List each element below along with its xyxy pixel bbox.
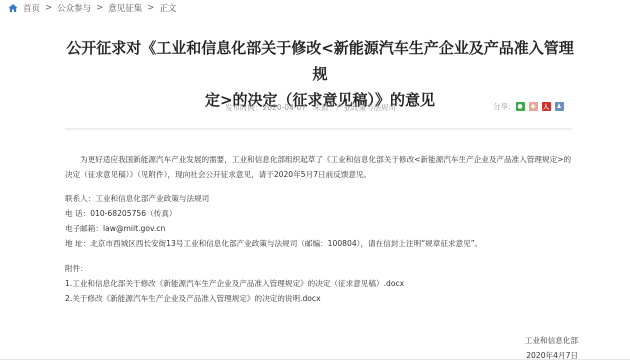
contact-address: 地 址：北京市西城区西长安街13号工业和信息化部产业政策与法规司（邮编：1008… — [65, 236, 575, 251]
qq-share-icon[interactable]: ♟ — [555, 102, 564, 111]
publish-date: 发布时间：2020-04-07 — [225, 103, 306, 112]
article-meta: 发布时间：2020-04-07 来源：产业政策与法规司 — [225, 102, 401, 113]
weibo-share-icon[interactable]: ◉ — [529, 102, 538, 111]
breadcrumb-public-participation[interactable]: 公众参与 — [57, 2, 91, 14]
breadcrumb-home[interactable]: 首页 — [23, 2, 40, 14]
contact-phone: 电 话：010-68205756（传真） — [65, 206, 575, 221]
renren-share-icon[interactable]: 人 — [542, 102, 551, 111]
wechat-share-icon[interactable]: ● — [516, 102, 525, 111]
attachments-label: 附件： — [65, 261, 575, 276]
signature-org: 工业和信息化部 — [518, 333, 578, 348]
share-label: 分享: — [493, 101, 511, 112]
breadcrumb-current: 正文 — [159, 2, 176, 14]
breadcrumb-opinion-collection[interactable]: 意见征集 — [108, 2, 142, 14]
breadcrumb-separator: > — [96, 3, 103, 13]
title-line-1: 公开征求对《工业和信息化部关于修改<新能源汽车生产企业及产品准入管理规 — [60, 35, 580, 87]
contact-person: 联系人：工业和信息化部产业政策与法规司 — [65, 191, 575, 206]
contact-email: 电子邮箱：law@miit.gov.cn — [65, 221, 575, 236]
breadcrumb-separator: > — [45, 3, 52, 13]
breadcrumb-separator: > — [147, 3, 154, 13]
signature: 工业和信息化部 2020年4月7日 — [518, 333, 578, 361]
home-icon[interactable] — [8, 3, 18, 13]
attachment-link-1[interactable]: 1.工业和信息化部关于修改《新能源汽车生产企业及产品准入管理规定》的决定（征求意… — [65, 276, 575, 291]
divider — [65, 128, 572, 130]
intro-paragraph: 为更好适应我国新能源汽车产业发展的需要，工业和信息化部组织起草了《工业和信息化部… — [65, 152, 575, 182]
breadcrumb: 首页 > 公众参与 > 意见征集 > 正文 — [8, 1, 176, 15]
attachment-link-2[interactable]: 2.关于修改《新能源汽车生产企业及产品准入管理规定》的决定的说明.docx — [65, 291, 575, 306]
share-bar: 分享: ● ◉ 人 ♟ — [493, 101, 568, 112]
bottom-divider — [0, 359, 630, 360]
source: 来源：产业政策与法规司 — [313, 103, 396, 112]
article-body: 为更好适应我国新能源汽车产业发展的需要，工业和信息化部组织起草了《工业和信息化部… — [65, 152, 575, 306]
